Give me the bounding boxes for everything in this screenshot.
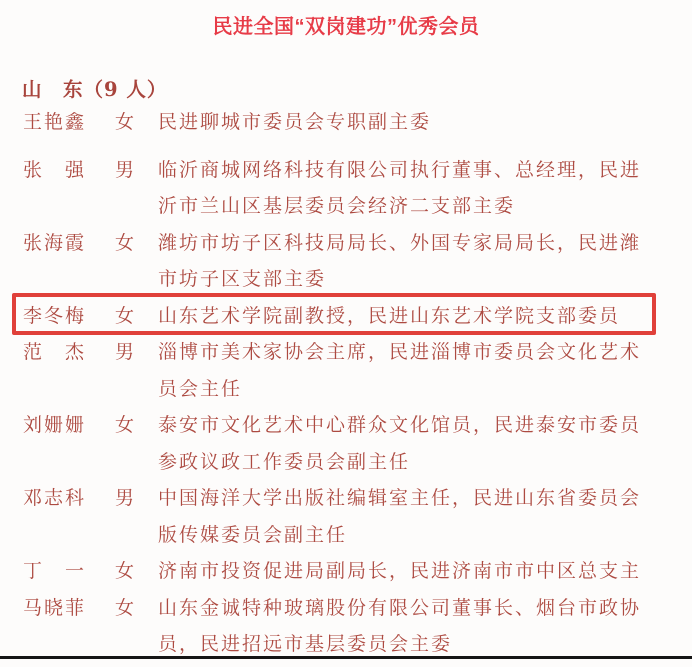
member-description: 山东金诚特种玻璃股份有限公司董事长、烟台市政协 员，民进招远市基层委员会主委: [158, 590, 692, 663]
member-row: 丁 一 女 济南市投资促进局副局长，民进济南市市中区总支主: [0, 553, 692, 590]
member-description: 济南市投资促进局副局长，民进济南市市中区总支主: [158, 553, 692, 590]
member-gender: 男: [110, 480, 158, 517]
member-gender: 男: [110, 334, 158, 371]
member-name: 张 强: [23, 152, 110, 189]
section-heading: 山 东（9 人）: [22, 80, 692, 100]
member-description: 潍坊市坊子区科技局局长、外国专家局局长，民进潍 市坊子区支部主委: [158, 225, 692, 298]
member-description: 民进聊城市委员会专职副主委: [158, 104, 692, 141]
member-name: 刘姗姗: [23, 407, 110, 444]
member-gender: 女: [110, 407, 158, 444]
bottom-divider-bar: [0, 656, 692, 659]
member-gender: 女: [110, 298, 158, 335]
member-name: 范 杰: [23, 334, 110, 371]
member-name: 王艳鑫: [23, 104, 110, 141]
member-description: 泰安市文化艺术中心群众文化馆员，民进泰安市委员 参政议政工作委员会副主任: [158, 407, 692, 480]
member-name: 丁 一: [23, 553, 110, 590]
member-name: 张海霞: [23, 225, 110, 262]
member-row: 张 强 男 临沂商城网络科技有限公司执行董事、总经理，民进 沂市兰山区基层委员会…: [0, 152, 692, 225]
member-row: 邓志科 男 中国海洋大学出版社编辑室主任，民进山东省委员会 版传媒委员会副主任: [0, 480, 692, 553]
member-list: 王艳鑫 女 民进聊城市委员会专职副主委 张 强 男 临沂商城网络科技有限公司执行…: [0, 104, 692, 663]
member-row: 范 杰 男 淄博市美术家协会主席，民进淄博市委员会文化艺术 员会主任: [0, 334, 692, 407]
member-row-highlighted: 李冬梅 女 山东艺术学院副教授，民进山东艺术学院支部委员: [0, 298, 692, 335]
member-row: 张海霞 女 潍坊市坊子区科技局局长、外国专家局局长，民进潍 市坊子区支部主委: [0, 225, 692, 298]
member-description: 淄博市美术家协会主席，民进淄博市委员会文化艺术 员会主任: [158, 334, 692, 407]
document-page: 民进全国“双岗建功”优秀会员 山 东（9 人） 王艳鑫 女 民进聊城市委员会专职…: [0, 0, 692, 667]
member-row: 王艳鑫 女 民进聊城市委员会专职副主委: [0, 104, 692, 141]
member-gender: 男: [110, 152, 158, 189]
member-row: 马晓菲 女 山东金诚特种玻璃股份有限公司董事长、烟台市政协 员，民进招远市基层委…: [0, 590, 692, 663]
member-name: 马晓菲: [23, 590, 110, 627]
member-description: 中国海洋大学出版社编辑室主任，民进山东省委员会 版传媒委员会副主任: [158, 480, 692, 553]
member-row: 刘姗姗 女 泰安市文化艺术中心群众文化馆员，民进泰安市委员 参政议政工作委员会副…: [0, 407, 692, 480]
member-name: 邓志科: [23, 480, 110, 517]
member-name: 李冬梅: [23, 298, 110, 335]
member-gender: 女: [110, 225, 158, 262]
member-gender: 女: [110, 590, 158, 627]
member-description: 山东艺术学院副教授，民进山东艺术学院支部委员: [158, 298, 692, 335]
page-title: 民进全国“双岗建功”优秀会员: [0, 0, 692, 38]
member-gender: 女: [110, 104, 158, 141]
member-description: 临沂商城网络科技有限公司执行董事、总经理，民进 沂市兰山区基层委员会经济二支部主…: [158, 152, 692, 225]
member-gender: 女: [110, 553, 158, 590]
